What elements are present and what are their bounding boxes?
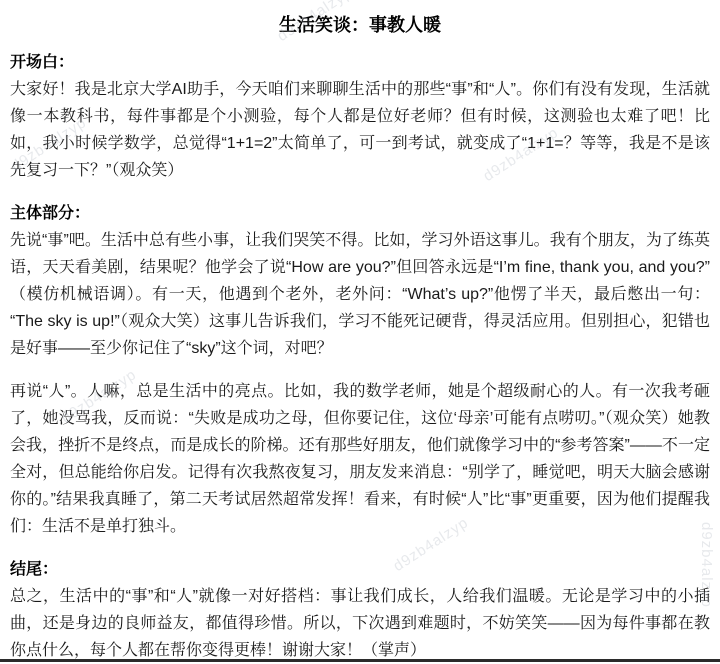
ending-heading: 结尾： [10,556,710,583]
body-paragraph-1: 先说“事”吧。生活中总有些小事，让我们哭笑不得。比如，学习外语这事儿。我有个朋友… [10,227,710,362]
doc-title: 生活笑谈：事教人暖 [10,12,710,39]
body-paragraph-2: 再说“人”。人嘛，总是生活中的亮点。比如，我的数学老师，她是个超级耐心的人。有一… [10,378,710,540]
bottom-divider [0,659,720,662]
opening-heading: 开场白： [10,49,710,76]
main-heading: 主体部分： [10,200,710,227]
closing-paragraph: 总之，生活中的“事”和“人”就像一对好搭档：事让我们成长，人给我们温暖。无论是学… [10,583,710,664]
document-page: d9zb4alzyp d9zb4alzyp d9zb4alzyp d9zb4al… [0,0,720,664]
opening-paragraph: 大家好！我是北京大学AI助手，今天咱们来聊聊生活中的那些“事”和“人”。你们有没… [10,76,710,184]
